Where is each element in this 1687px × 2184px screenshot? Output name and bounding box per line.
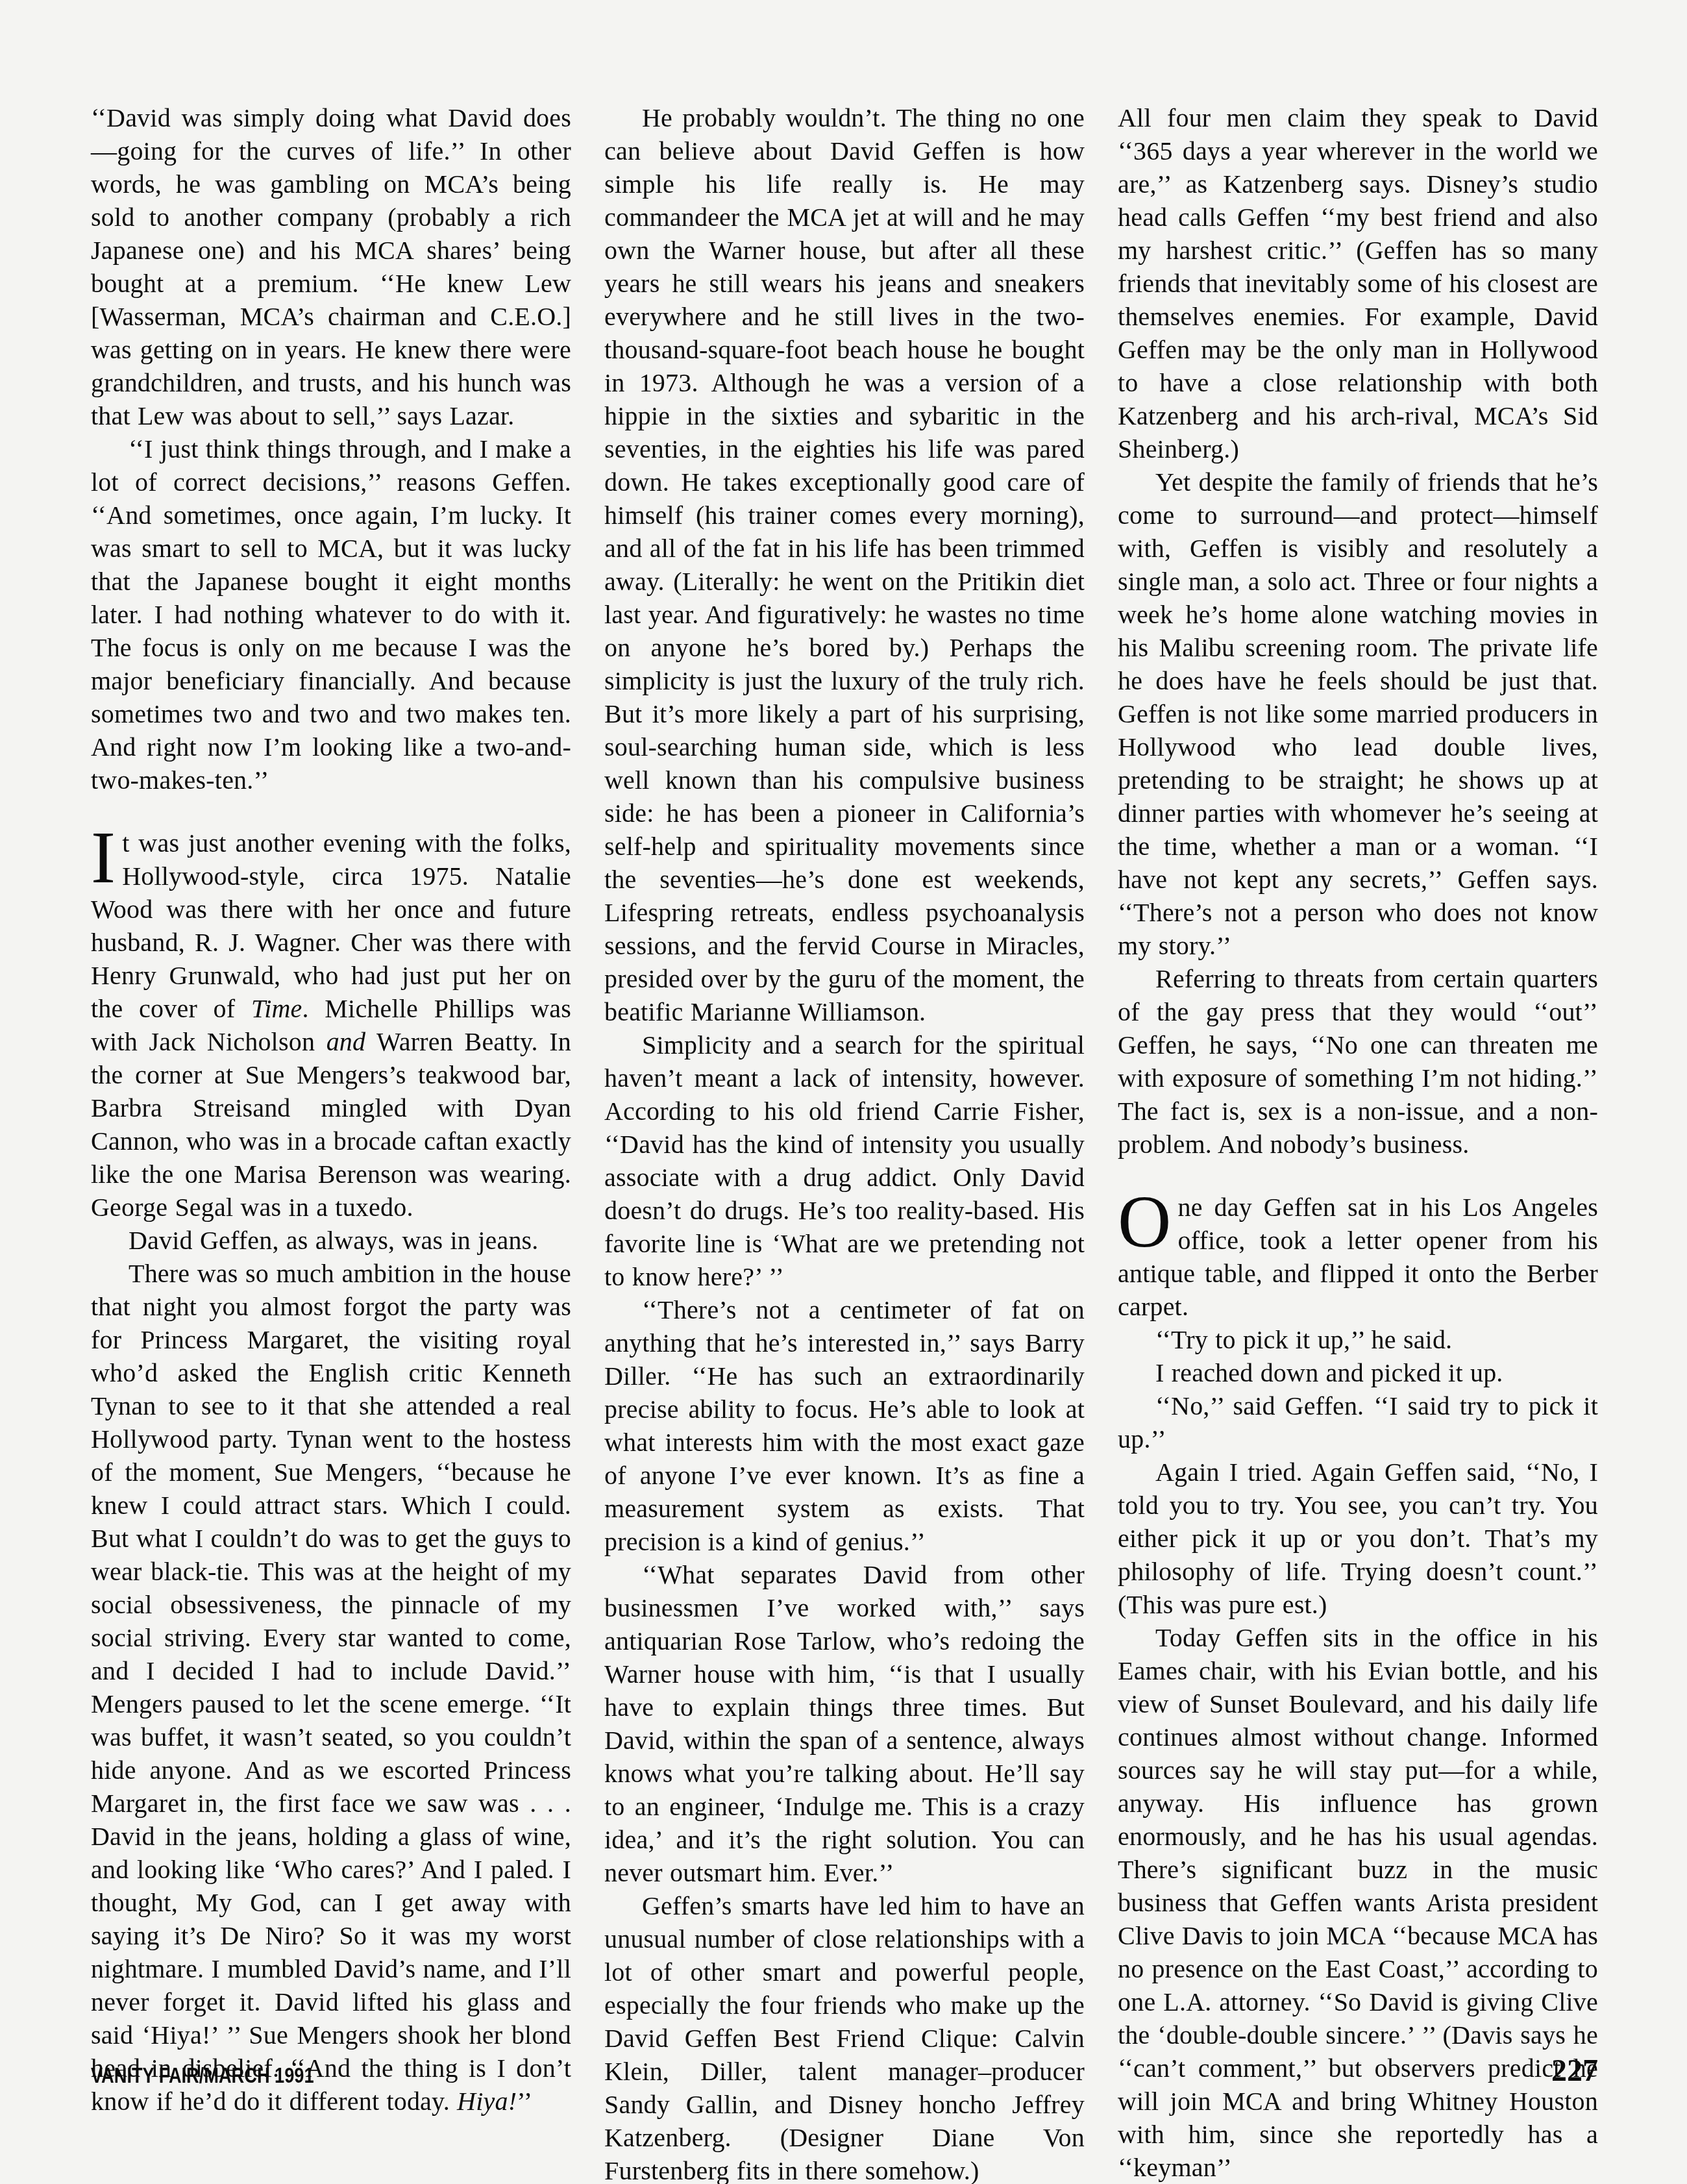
text-run: Time <box>251 994 302 1023</box>
text-run: I reached down and picked it up. <box>1155 1358 1503 1387</box>
article-column-1: ‘‘David was simply doing what David does… <box>91 101 571 2184</box>
text-run: There was so much ambition in the house … <box>91 1259 571 2116</box>
paragraph: It was just another evening with the fol… <box>91 826 571 1224</box>
paragraph: ‘‘No,’’ said Geffen. ‘‘I said try to pic… <box>1118 1389 1598 1456</box>
text-run: Referring to threats from certain quarte… <box>1118 964 1598 1159</box>
text-run: David Geffen, as always, was in jeans. <box>129 1226 539 1255</box>
text-run: He probably wouldn’t. The thing no one c… <box>604 103 1085 1026</box>
paragraph: Simplicity and a search for the spiritua… <box>604 1028 1085 1293</box>
paragraph: ‘‘Try to pick it up,’’ he said. <box>1118 1323 1598 1356</box>
text-run: Geffen’s smarts have led him to have an … <box>604 1891 1085 2184</box>
article-column-2: He probably wouldn’t. The thing no one c… <box>604 101 1085 2184</box>
text-run: Hiya! <box>457 2087 517 2116</box>
magazine-page: ‘‘David was simply doing what David does… <box>0 0 1687 2184</box>
paragraph: ‘‘What separates David from other busine… <box>604 1558 1085 1889</box>
text-run: Yet despite the family of friends that h… <box>1118 467 1598 960</box>
paragraph: ‘‘David was simply doing what David does… <box>91 101 571 432</box>
paragraph: All four men claim they speak to David ‘… <box>1118 101 1598 465</box>
text-run: ‘‘Try to pick it up,’’ he said. <box>1155 1325 1452 1354</box>
paragraph: I reached down and picked it up. <box>1118 1356 1598 1389</box>
text-run: ‘‘No,’’ said Geffen. ‘‘I said try to pic… <box>1118 1391 1598 1454</box>
drop-cap: O <box>1118 1191 1178 1252</box>
paragraph: Today Geffen sits in the office in his E… <box>1118 1621 1598 2184</box>
paragraph: David Geffen, as always, was in jeans. <box>91 1224 571 1257</box>
paragraph: One day Geffen sat in his Los Angeles of… <box>1118 1191 1598 1323</box>
paragraph: Geffen’s smarts have led him to have an … <box>604 1889 1085 2184</box>
text-run: ‘‘There’s not a centimeter of fat on any… <box>604 1295 1085 1556</box>
article-column-3: All four men claim they speak to David ‘… <box>1118 101 1598 2184</box>
paragraph: He probably wouldn’t. The thing no one c… <box>604 101 1085 1028</box>
text-run: ‘‘David was simply doing what David does… <box>91 103 571 430</box>
paragraph: There was so much ambition in the house … <box>91 1257 571 2118</box>
paragraph: ‘‘There’s not a centimeter of fat on any… <box>604 1293 1085 1558</box>
text-run: Today Geffen sits in the office in his E… <box>1118 1623 1598 2182</box>
text-run: ’’ <box>517 2087 532 2116</box>
text-run: ne day Geffen sat in his Los Angeles off… <box>1118 1193 1598 1321</box>
page-number: 227 <box>1551 2053 1598 2089</box>
article-body: ‘‘David was simply doing what David does… <box>91 101 1598 2184</box>
text-run: ‘‘What separates David from other busine… <box>604 1560 1085 1887</box>
text-run: ‘‘I just think things through, and I mak… <box>91 434 571 795</box>
text-run: and <box>326 1027 366 1056</box>
text-run: All four men claim they speak to David ‘… <box>1118 103 1598 464</box>
paragraph: Again I tried. Again Geffen said, ‘‘No, … <box>1118 1456 1598 1621</box>
footer-publication-date: VANITY FAIR/MARCH 1991 <box>91 2063 314 2089</box>
paragraph: ‘‘I just think things through, and I mak… <box>91 432 571 797</box>
paragraph: Referring to threats from certain quarte… <box>1118 962 1598 1161</box>
text-run: Simplicity and a search for the spiritua… <box>604 1030 1085 1291</box>
text-run: Warren Beatty. In the corner at Sue Meng… <box>91 1027 571 1222</box>
text-run: Again I tried. Again Geffen said, ‘‘No, … <box>1118 1458 1598 1619</box>
paragraph: Yet despite the family of friends that h… <box>1118 465 1598 962</box>
drop-cap: I <box>91 826 122 887</box>
